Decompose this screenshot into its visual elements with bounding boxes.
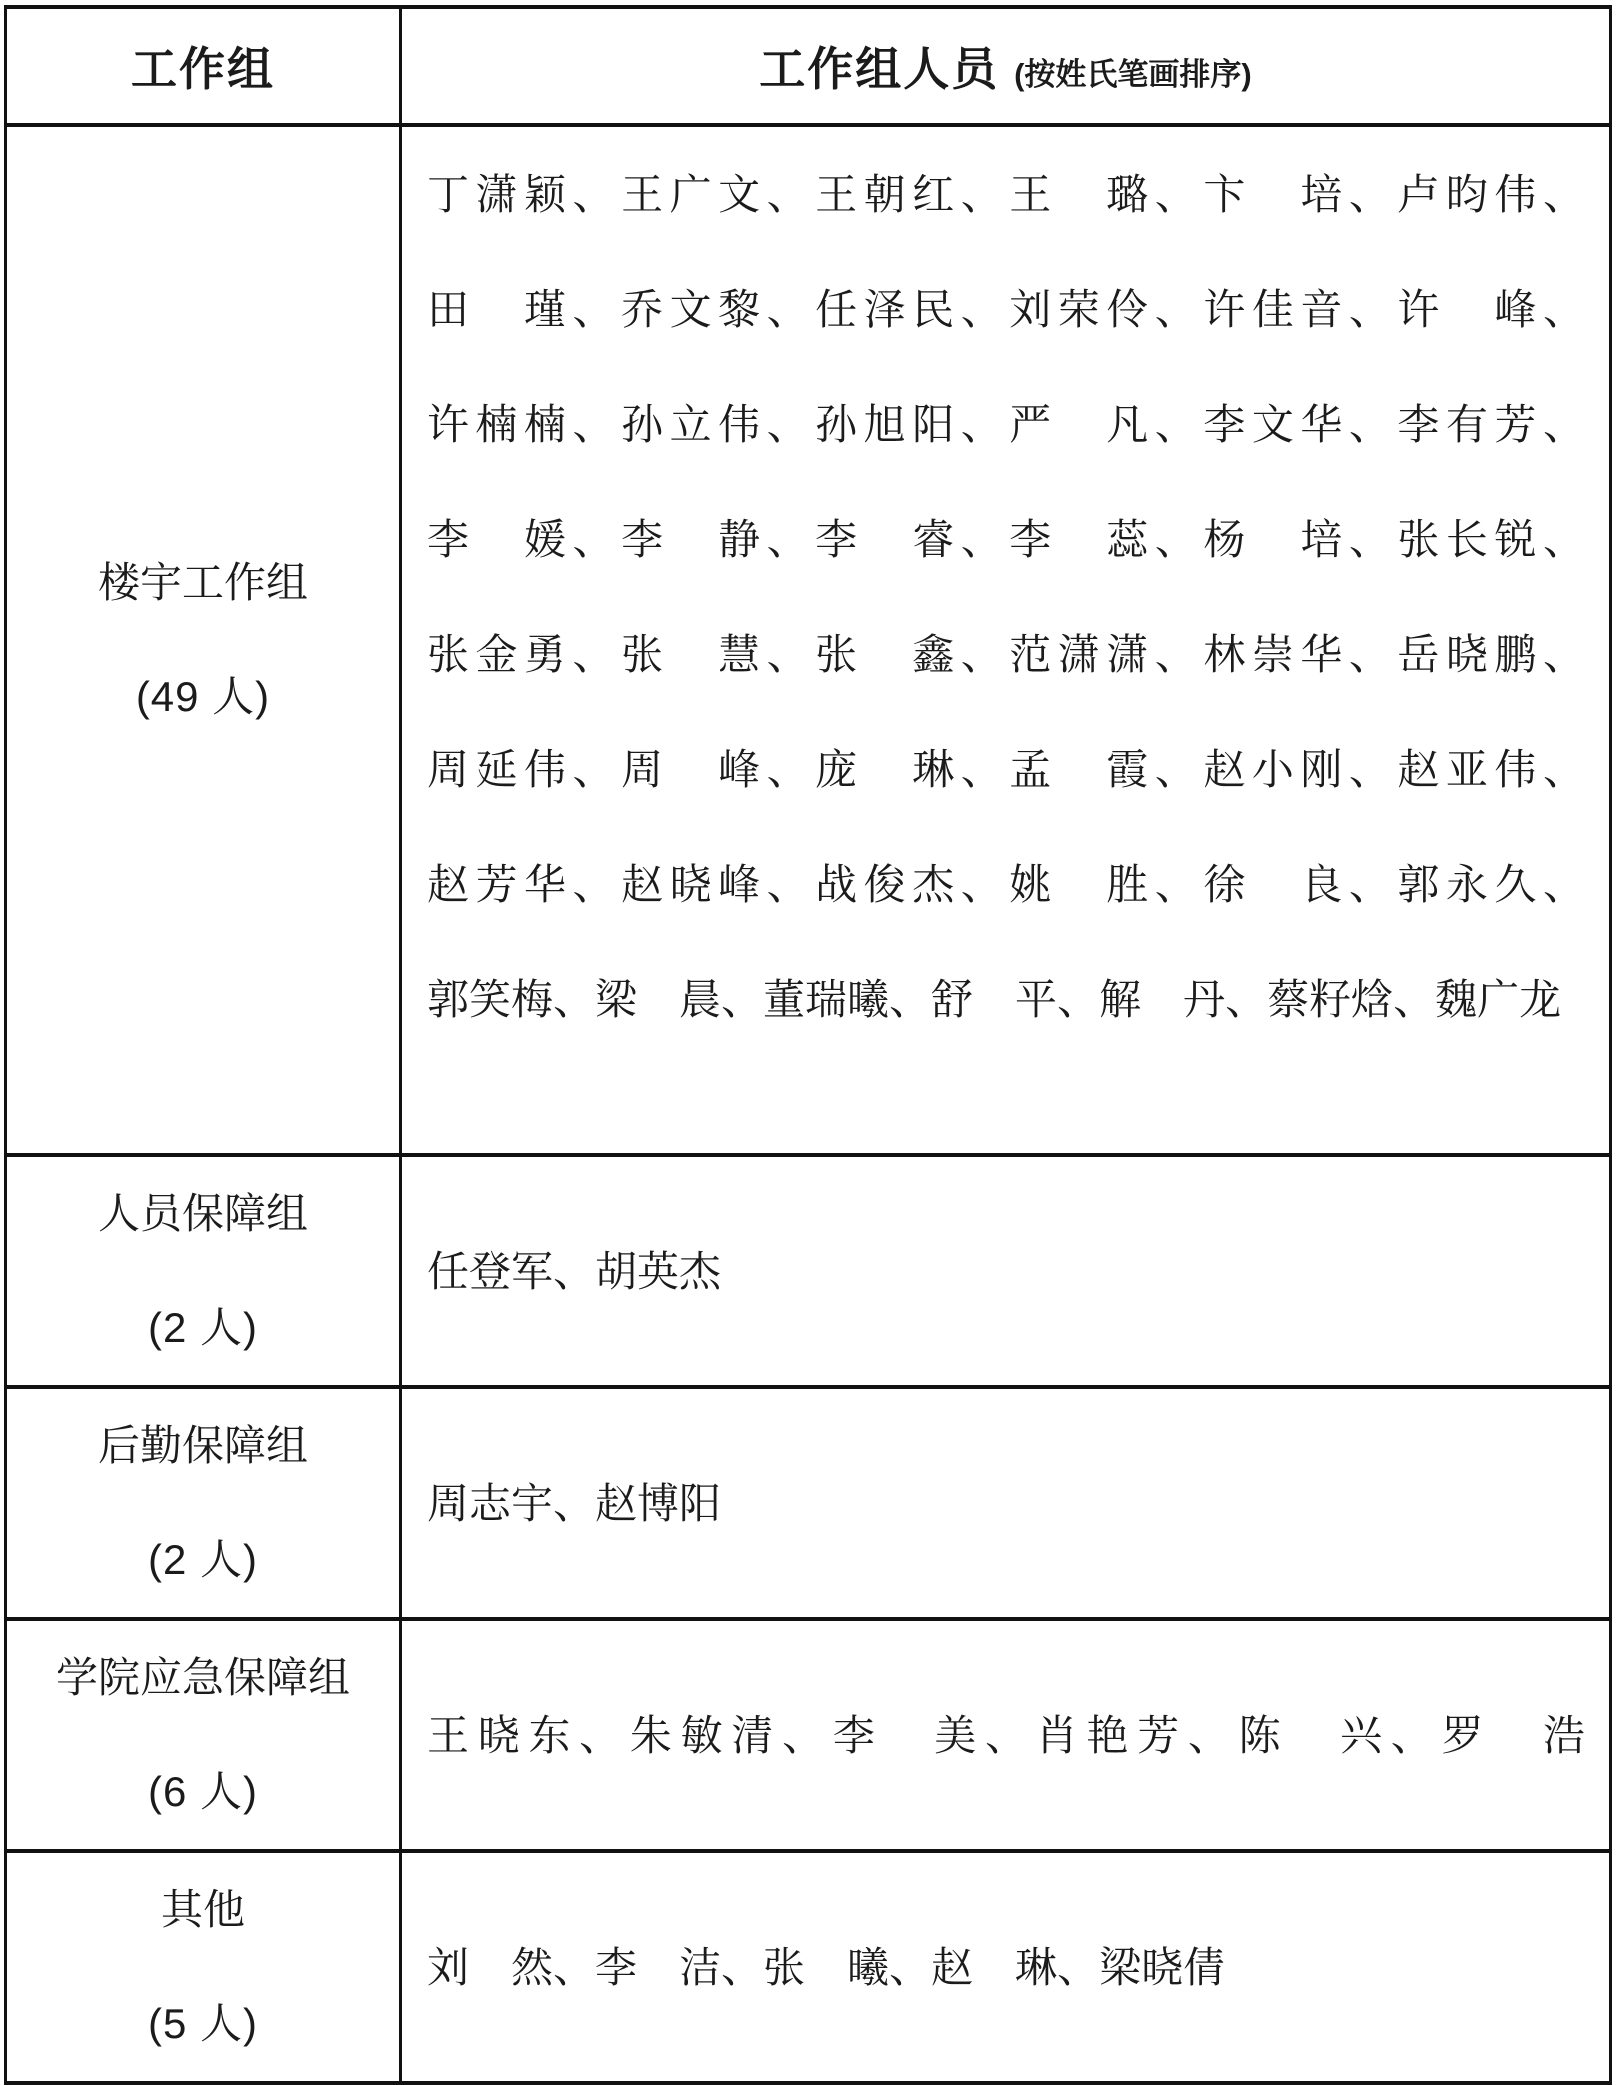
person-name: 肖艳芳、 xyxy=(1036,1712,1239,1759)
header-members-note: (按姓氏笔画排序) xyxy=(1014,57,1252,92)
person-name: 李 洁、 xyxy=(595,1944,763,1991)
group-cell-emergency: 学院应急保障组 (6 人) xyxy=(6,1619,401,1851)
person-name: 梁 晨、 xyxy=(595,976,763,1023)
person-name: 姚 胜、 xyxy=(1009,861,1203,908)
person-name: 战俊杰、 xyxy=(815,861,1009,908)
header-members-column: 工作组人员 (按姓氏笔画排序) xyxy=(401,7,1611,125)
person-name: 李 蕊、 xyxy=(1009,516,1203,563)
person-name: 李文华、 xyxy=(1203,401,1397,448)
person-name: 孙立伟、 xyxy=(621,401,815,448)
person-name: 任登军、 xyxy=(427,1248,595,1295)
person-name: 严 凡、 xyxy=(1009,401,1203,448)
person-name: 张 慧、 xyxy=(621,631,815,678)
names-cell-personnel: 任登军、胡英杰 xyxy=(401,1155,1611,1387)
group-cell-buildings: 楼宇工作组 (49 人) xyxy=(6,125,401,1155)
group-count: (2 人) xyxy=(9,1503,397,1617)
person-name: 刘 然、 xyxy=(427,1944,595,1991)
person-name: 李 静、 xyxy=(621,516,815,563)
person-name: 周 峰、 xyxy=(621,746,815,793)
person-name: 张 鑫、 xyxy=(815,631,1009,678)
person-name: 任泽民、 xyxy=(815,286,1009,333)
person-name: 刘荣伶、 xyxy=(1009,286,1203,333)
names-cell-other: 刘 然、李 洁、张 曦、赵 琳、梁晓倩 xyxy=(401,1851,1611,2083)
person-name: 田 瑾、 xyxy=(427,286,621,333)
group-label: 其他 xyxy=(9,1853,397,1967)
person-name: 周延伟、 xyxy=(427,746,621,793)
header-group-label: 工作组 xyxy=(131,43,275,95)
group-count: (49 人) xyxy=(9,640,397,754)
person-name: 乔文黎、 xyxy=(621,286,815,333)
group-cell-personnel: 人员保障组 (2 人) xyxy=(6,1155,401,1387)
names-cell-logistics: 周志宇、赵博阳 xyxy=(401,1387,1611,1619)
person-name: 郭永久、 xyxy=(1397,861,1585,908)
person-name: 王朝红、 xyxy=(815,171,1009,218)
person-name: 卢昀伟、 xyxy=(1397,171,1585,218)
person-name: 周志宇、 xyxy=(427,1480,595,1527)
person-name: 解 丹、 xyxy=(1099,976,1267,1023)
person-name: 卞 培、 xyxy=(1203,171,1397,218)
header-row: 工作组 工作组人员 (按姓氏笔画排序) xyxy=(6,7,1611,125)
person-name: 赵博阳 xyxy=(595,1480,721,1527)
person-name: 魏广龙 xyxy=(1435,976,1561,1023)
group-label: 学院应急保障组 xyxy=(9,1621,397,1735)
person-name: 岳晓鹏、 xyxy=(1397,631,1585,678)
person-name: 张长锐、 xyxy=(1397,516,1585,563)
group-label: 楼宇工作组 xyxy=(9,526,397,640)
document-page: 工作组 工作组人员 (按姓氏笔画排序) 楼宇工作组 (49 人) 丁潇颖、王广文… xyxy=(0,0,1616,2063)
person-name: 李 媛、 xyxy=(427,516,621,563)
person-name: 林崇华、 xyxy=(1203,631,1397,678)
person-name: 张 曦、 xyxy=(763,1944,931,1991)
person-name: 赵晓峰、 xyxy=(621,861,815,908)
person-name: 赵亚伟、 xyxy=(1397,746,1585,793)
person-name: 王晓东、 xyxy=(427,1712,630,1759)
table-row: 人员保障组 (2 人) 任登军、胡英杰 xyxy=(6,1155,1611,1387)
table-row: 学院应急保障组 (6 人) 王晓东、朱敏清、李 美、肖艳芳、陈 兴、罗 浩 xyxy=(6,1619,1611,1851)
person-name: 丁潇颖、 xyxy=(427,171,621,218)
person-name: 张金勇、 xyxy=(427,631,621,678)
group-count: (2 人) xyxy=(9,1271,397,1385)
person-name: 许佳音、 xyxy=(1203,286,1397,333)
person-name: 王 璐、 xyxy=(1009,171,1203,218)
person-name: 舒 平、 xyxy=(931,976,1099,1023)
group-count: (6 人) xyxy=(9,1735,397,1849)
group-label: 人员保障组 xyxy=(9,1157,397,1271)
person-name: 郭笑梅、 xyxy=(427,976,595,1023)
header-group-column: 工作组 xyxy=(6,7,401,125)
group-label: 后勤保障组 xyxy=(9,1389,397,1503)
person-name: 蔡籽焓、 xyxy=(1267,976,1435,1023)
person-name: 赵 琳、 xyxy=(931,1944,1099,1991)
header-members-label: 工作组人员 xyxy=(759,43,999,95)
group-cell-logistics: 后勤保障组 (2 人) xyxy=(6,1387,401,1619)
person-name: 赵芳华、 xyxy=(427,861,621,908)
table-row: 后勤保障组 (2 人) 周志宇、赵博阳 xyxy=(6,1387,1611,1619)
group-cell-other: 其他 (5 人) xyxy=(6,1851,401,2083)
person-name: 孙旭阳、 xyxy=(815,401,1009,448)
group-count: (5 人) xyxy=(9,1967,397,2081)
person-name: 赵小刚、 xyxy=(1203,746,1397,793)
person-name: 孟 霞、 xyxy=(1009,746,1203,793)
person-name: 杨 培、 xyxy=(1203,516,1397,563)
table-row: 楼宇工作组 (49 人) 丁潇颖、王广文、王朝红、王 璐、卞 培、卢昀伟、田 瑾… xyxy=(6,125,1611,1155)
workgroup-table: 工作组 工作组人员 (按姓氏笔画排序) 楼宇工作组 (49 人) 丁潇颖、王广文… xyxy=(4,5,1612,2085)
person-name: 李 美、 xyxy=(833,1712,1036,1759)
person-name: 李有芳、 xyxy=(1397,401,1585,448)
person-name: 范潇潇、 xyxy=(1009,631,1203,678)
person-name: 梁晓倩 xyxy=(1099,1944,1225,1991)
person-name: 徐 良、 xyxy=(1203,861,1397,908)
person-name: 陈 兴、 xyxy=(1239,1712,1442,1759)
person-name: 董瑞曦、 xyxy=(763,976,931,1023)
person-name: 李 睿、 xyxy=(815,516,1009,563)
person-name: 朱敏清、 xyxy=(630,1712,833,1759)
names-cell-emergency: 王晓东、朱敏清、李 美、肖艳芳、陈 兴、罗 浩 xyxy=(401,1619,1611,1851)
person-name: 罗 浩 xyxy=(1442,1712,1585,1759)
names-cell-buildings: 丁潇颖、王广文、王朝红、王 璐、卞 培、卢昀伟、田 瑾、乔文黎、任泽民、刘荣伶、… xyxy=(401,125,1611,1155)
person-name: 许楠楠、 xyxy=(427,401,621,448)
person-name: 胡英杰 xyxy=(595,1248,721,1295)
person-name: 庞 琳、 xyxy=(815,746,1009,793)
table-row: 其他 (5 人) 刘 然、李 洁、张 曦、赵 琳、梁晓倩 xyxy=(6,1851,1611,2083)
person-name: 许 峰、 xyxy=(1397,286,1585,333)
person-name: 王广文、 xyxy=(621,171,815,218)
